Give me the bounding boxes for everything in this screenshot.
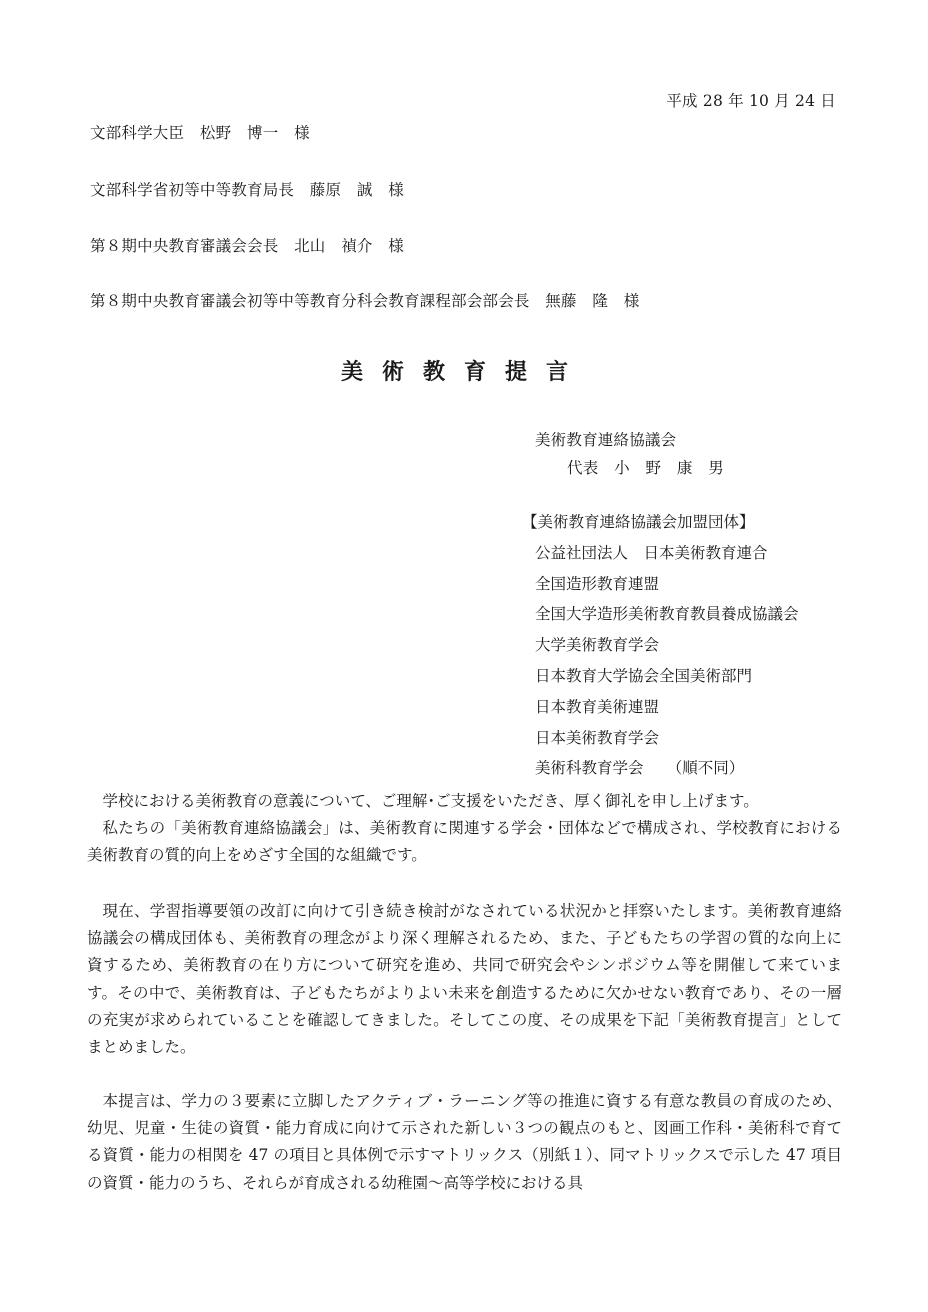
- paragraph-text: 学校における美術教育の意義について、ご理解･ご支援をいただき、厚く御礼を申し上げ…: [87, 788, 842, 815]
- sender-representative: 代表 小 野 康 男: [567, 458, 724, 478]
- document-page: 平成 28 年 10 月 24 日 文部科学大臣 松野 博一 様 文部科学省初等…: [0, 0, 928, 1312]
- addressee-subcommittee-chair: 第８期中央教育審議会初等中等教育分科会教育課程部会部会長 無藤 隆 様: [90, 291, 640, 311]
- paragraph-background: 現在、学習指導要領の改訂に向けて引き続き検討がなされている状況かと拝察いたします…: [87, 898, 842, 1061]
- member-group-item: 日本美術教育学会: [522, 728, 799, 748]
- paragraph-gratitude: 学校における美術教育の意義について、ご理解･ご支援をいただき、厚く御礼を申し上げ…: [87, 788, 842, 870]
- paragraph-text: 現在、学習指導要領の改訂に向けて引き続き検討がなされている状況かと拝察いたします…: [87, 898, 842, 1061]
- member-group-item: 全国大学造形美術教育教員養成協議会: [522, 604, 799, 624]
- member-group-item: 日本教育大学協会全国美術部門: [522, 666, 799, 686]
- sender-organization: 美術教育連絡協議会: [535, 430, 676, 450]
- member-group-item: 全国造形教育連盟: [522, 574, 799, 594]
- addressee-bureau-director: 文部科学省初等中等教育局長 藤原 誠 様: [90, 180, 404, 200]
- paragraph-proposal-summary: 本提言は、学力の３要素に立脚したアクティブ・ラーニング等の推進に資する有意な教員…: [87, 1088, 842, 1197]
- paragraph-text: 本提言は、学力の３要素に立脚したアクティブ・ラーニング等の推進に資する有意な教員…: [87, 1088, 842, 1197]
- member-group-item: 美術科教育学会 （順不同）: [522, 758, 799, 778]
- document-title: 美術教育提言: [0, 355, 928, 386]
- member-groups-header: 【美術教育連絡協議会加盟団体】: [522, 512, 799, 532]
- addressee-council-chair: 第８期中央教育審議会会長 北山 禎介 様: [90, 236, 404, 256]
- paragraph-text: 私たちの「美術教育連絡協議会」は、美術教育に関連する学会・団体などで構成され、学…: [87, 815, 842, 869]
- member-group-item: 公益社団法人 日本美術教育連合: [522, 543, 799, 563]
- member-group-item: 日本教育美術連盟: [522, 697, 799, 717]
- member-group-item: 大学美術教育学会: [522, 635, 799, 655]
- addressee-minister: 文部科学大臣 松野 博一 様: [90, 123, 310, 143]
- member-groups-list: 【美術教育連絡協議会加盟団体】 公益社団法人 日本美術教育連合 全国造形教育連盟…: [522, 512, 799, 778]
- document-date: 平成 28 年 10 月 24 日: [666, 91, 836, 111]
